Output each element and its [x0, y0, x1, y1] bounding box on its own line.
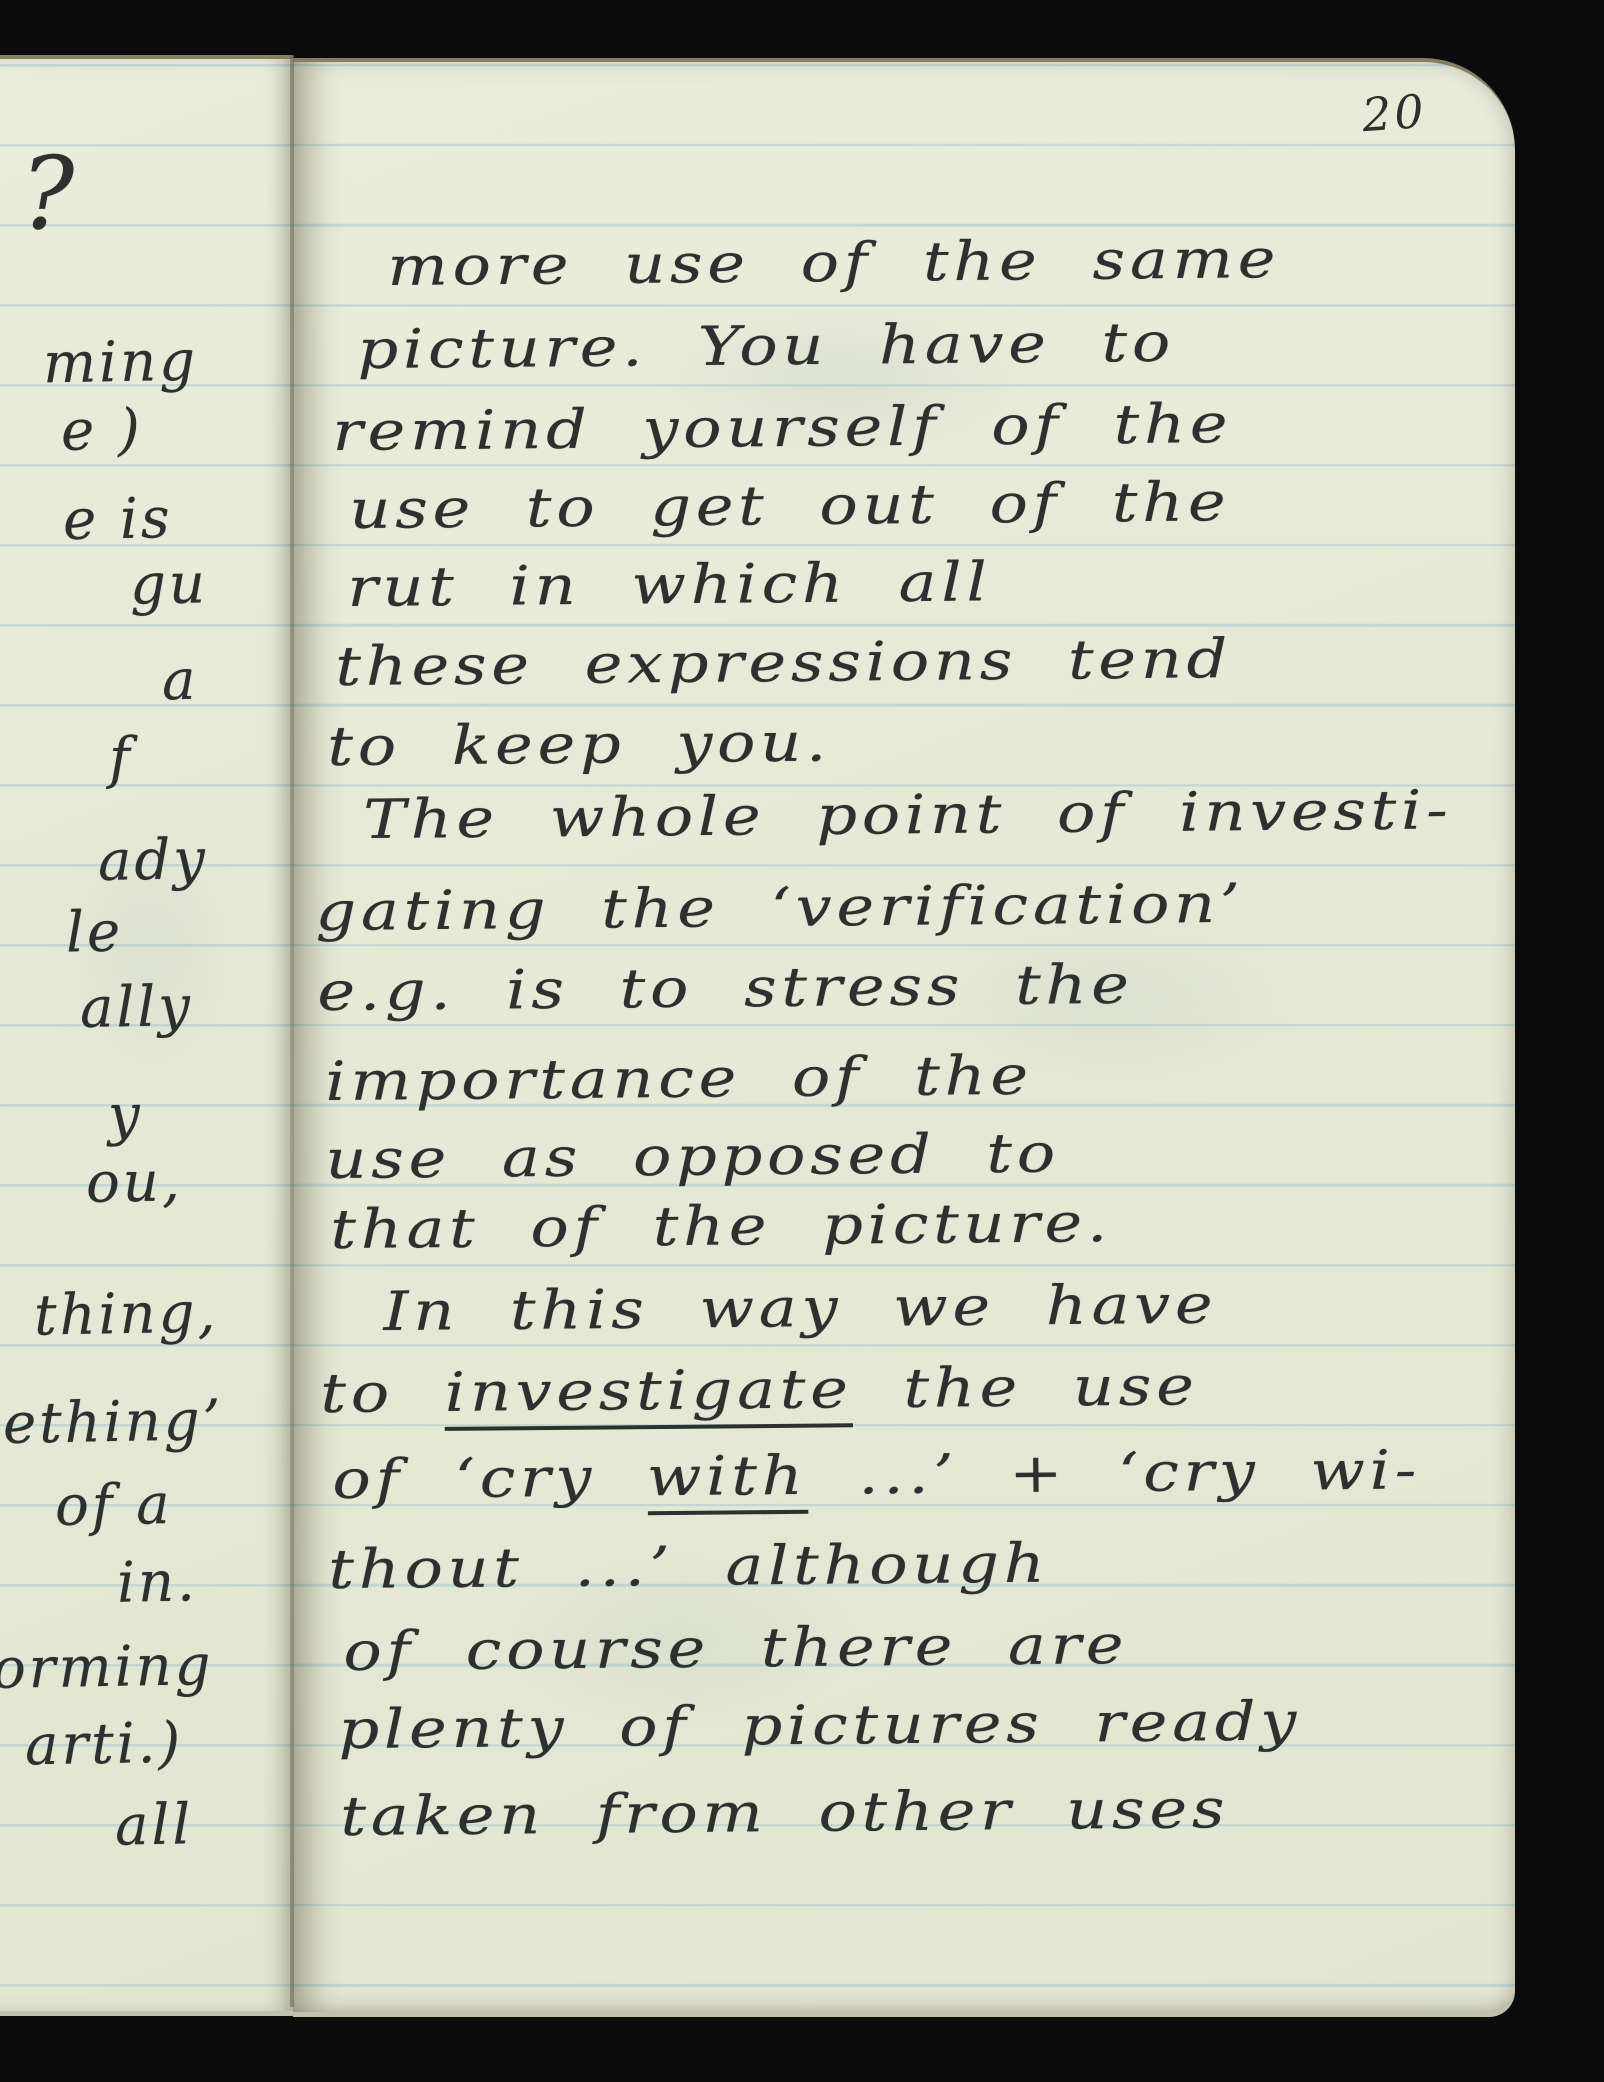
- handwriting-fragment: ming: [43, 329, 199, 397]
- handwriting-fragment: all: [114, 1792, 193, 1858]
- page-number: 20: [1360, 84, 1428, 142]
- handwriting-fragment: ?: [20, 135, 79, 253]
- handwriting-fragment: a: [161, 648, 199, 714]
- handwriting-fragment: arti.): [24, 1711, 183, 1779]
- handwriting-fragment: in.: [117, 1549, 199, 1615]
- notebook-photo: 20 more use of the samepicture. You have…: [0, 0, 1604, 2082]
- handwriting-fragment: y: [108, 1083, 144, 1149]
- left-page-fragments-layer: ?minge )e isguafadyleallyyou,thing,ethin…: [0, 0, 293, 2082]
- handwriting-fragment: ady: [98, 827, 209, 894]
- handwriting-fragment: ou,: [86, 1149, 184, 1216]
- handwriting-fragment: e is: [63, 486, 174, 553]
- handwriting-fragment: e ): [61, 397, 144, 463]
- handwriting-fragment: orming: [0, 1633, 214, 1702]
- handwriting-fragment: gu: [130, 551, 209, 617]
- handwriting-fragment: ething’: [2, 1388, 223, 1457]
- handwriting-fragment: ally: [80, 974, 194, 1041]
- right-page: [293, 58, 1515, 2017]
- handwriting-fragment: thing,: [33, 1280, 218, 1348]
- handwriting-fragment: of a: [55, 1472, 174, 1539]
- handwriting-fragment: le: [65, 900, 123, 966]
- handwriting-fragment: f: [109, 726, 134, 791]
